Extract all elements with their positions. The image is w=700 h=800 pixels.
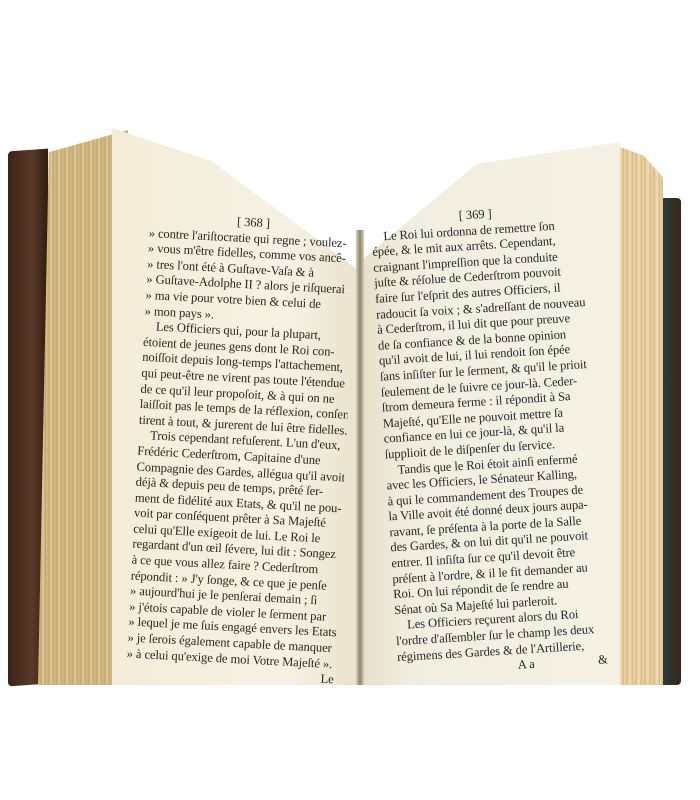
book-gutter (356, 230, 364, 685)
left-page-text: [ 368 ] » contre l'ariſtocratie qui regn… (126, 210, 358, 688)
signature-mark: A a (517, 657, 535, 674)
page-fore-edge-right (615, 145, 663, 685)
right-page-text: [ 369 ] Le Roi lui ordonna de remettre ſ… (370, 201, 608, 681)
catchword-right: & (598, 653, 609, 669)
book-photo: [ 368 ] » contre l'ariſtocratie qui regn… (0, 0, 700, 800)
